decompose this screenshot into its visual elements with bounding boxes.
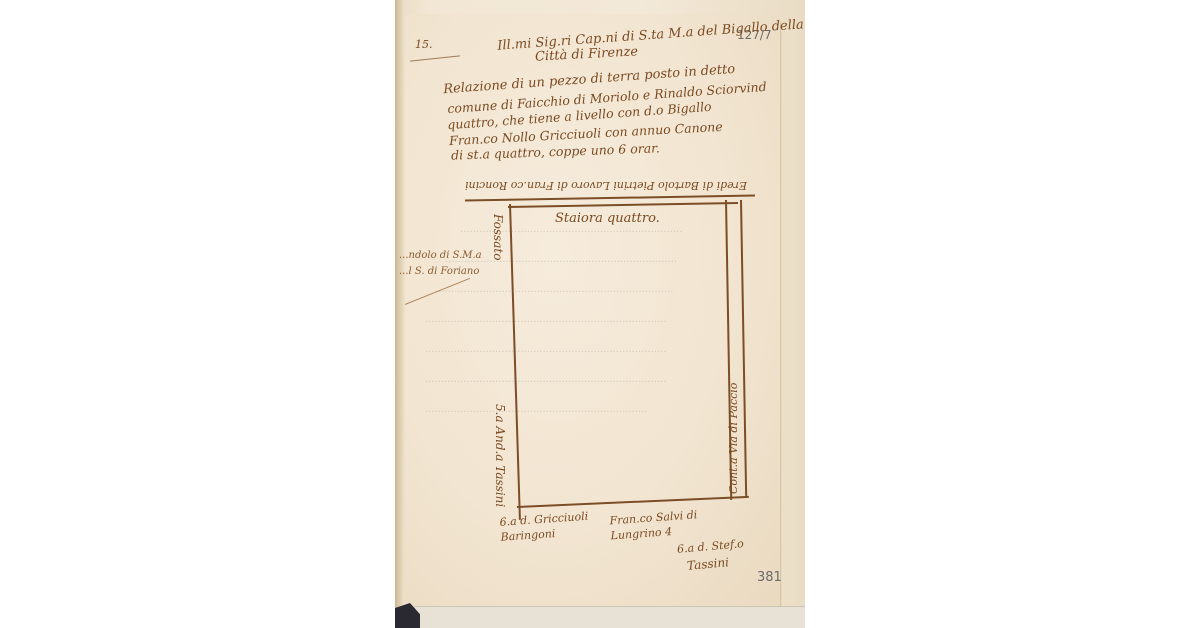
bleed-through-text: ........................................… xyxy=(425,374,667,385)
page-bottom-edge xyxy=(415,606,805,628)
diagram-bottom-right-label: Fran.co Salvi di Lungrino 4 xyxy=(609,505,736,544)
folio-underline xyxy=(410,55,460,61)
diagram-left-upper-label: Fossato xyxy=(491,214,505,260)
bleed-through-text: ........................................… xyxy=(425,344,667,355)
bleed-through-text: ........................................… xyxy=(435,284,673,295)
signature-line-2: Tassini xyxy=(686,555,729,573)
margin-note-line-1: ...ndolo di S.M.a xyxy=(399,250,482,261)
diagram-left-lower-label: 5.a And.a Tassini xyxy=(493,404,507,507)
manuscript-scan: 15. 127/7 Ill.mi Sig.ri Cap.ni di S.ta M… xyxy=(395,0,805,628)
diagram-top-border-text: Eredi di Bartolo Pietrini Lavoro di Fran… xyxy=(465,179,747,192)
bleed-through-text: ........................................… xyxy=(425,404,648,415)
plot-rect-right-outer xyxy=(740,200,747,496)
plot-rect-left xyxy=(509,204,520,520)
folio-number-left: 15. xyxy=(415,38,433,51)
archive-page-number: 381 xyxy=(757,570,782,585)
diagram-bottom-left-label: 6.a d. Gricciuoli Baringoni xyxy=(499,507,611,545)
bleed-through-text: ........................................… xyxy=(425,314,667,325)
book-spine xyxy=(395,0,403,628)
signature-line-1: 6.a d. Stef.o xyxy=(677,537,745,556)
margin-note-line-2: ...l S. di Foriano xyxy=(399,266,479,277)
diagram-right-label: Cont.a Via di Paccio xyxy=(727,383,740,494)
manuscript-page: 15. 127/7 Ill.mi Sig.ri Cap.ni di S.ta M… xyxy=(405,14,780,612)
diagram-area-label: Staiora quattro. xyxy=(555,211,660,226)
top-border-underline xyxy=(465,194,755,201)
plot-rect-top xyxy=(508,202,738,208)
